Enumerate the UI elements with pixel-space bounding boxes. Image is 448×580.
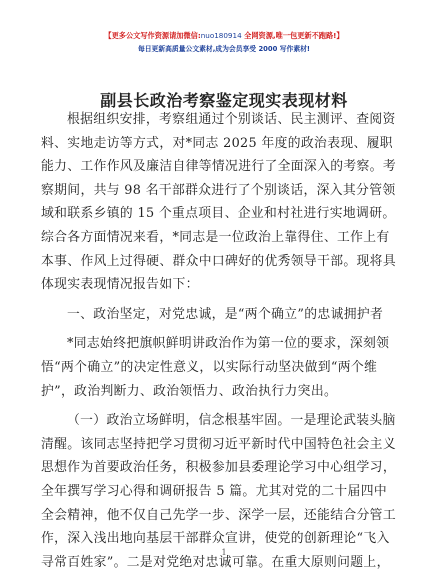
text-line: 综合各方面情况来看，*同志是一位政治上靠得住、工作上有: [41, 226, 411, 250]
text-line: 域和联系乡镇的 15 个重点项目、企业和村社进行实地调研。: [41, 202, 411, 226]
document-body: 根据组织安排，考察组通过个别谈话、民主测评、查阅资 料、实地走访等方式，对*同志…: [41, 108, 411, 574]
text-line: 本事、作风上过得硬、群众中口碑好的优秀领导干部。现将具: [41, 250, 411, 274]
paragraph-political-stance: *同志始终把旗帜鲜明讲政治作为第一位的要求，深刻领 悟“两个确立”的决定性意义，…: [41, 332, 411, 403]
heading-line: 一、政治坚定，对党忠诚，是“两个确立”的忠诚拥护者: [41, 303, 411, 327]
text-line: 料、实地走访等方式，对*同志 2025 年度的政治表现、履职: [41, 132, 411, 156]
text-line: 悟“两个确立”的决定性意义，以实际行动坚决做到“两个维: [41, 356, 411, 380]
text-line: 察期间，共与 98 名干部群众进行了个别谈话，深入其分管领: [41, 179, 411, 203]
text-line: *同志始终把旗帜鲜明讲政治作为第一位的要求，深刻领: [41, 332, 411, 356]
promo-banner-line-1: 【更多公文写作资源请加微信:nuo180914 全网资源,唯一包更新不跑路!】: [0, 31, 448, 41]
promo-text-right: 全网资源,唯一包更新不跑路!】: [242, 31, 344, 40]
page-number: 1: [0, 548, 448, 557]
text-line: 全会精神，他不仅自己先学一步、深学一层，还能结合分管工: [41, 504, 411, 528]
text-line: 思想作为首要政治任务，积极参加县委理论学习中心组学习，: [41, 456, 411, 480]
text-line: 体现实表现情况报告如下：: [41, 273, 411, 297]
text-line: 全年撰写学习心得和调研报告 5 篇。尤其对党的二十届四中: [41, 480, 411, 504]
promo-wechat-id: nuo180914: [201, 31, 242, 40]
paragraph-intro: 根据组织安排，考察组通过个别谈话、民主测评、查阅资 料、实地走访等方式，对*同志…: [41, 108, 411, 297]
text-line: （一）政治立场鲜明，信念根基牢固。一是理论武装头脑: [41, 409, 411, 433]
section-heading-1: 一、政治坚定，对党忠诚，是“两个确立”的忠诚拥护者: [41, 303, 411, 327]
text-line: 清醒。该同志坚持把学习贯彻习近平新时代中国特色社会主义: [41, 433, 411, 457]
text-line: 根据组织安排，考察组通过个别谈话、民主测评、查阅资: [41, 108, 411, 132]
text-line: 护”，政治判断力、政治领悟力、政治执行力突出。: [41, 380, 411, 404]
text-line: 能力、工作作风及廉洁自律等情况进行了全面深入的考察。考: [41, 155, 411, 179]
promo-banner-line-2: 每日更新高质量公文素材,成为会员享受 2000 写作素材!: [0, 43, 448, 53]
promo-text-left: 【更多公文写作资源请加微信:: [104, 31, 200, 40]
